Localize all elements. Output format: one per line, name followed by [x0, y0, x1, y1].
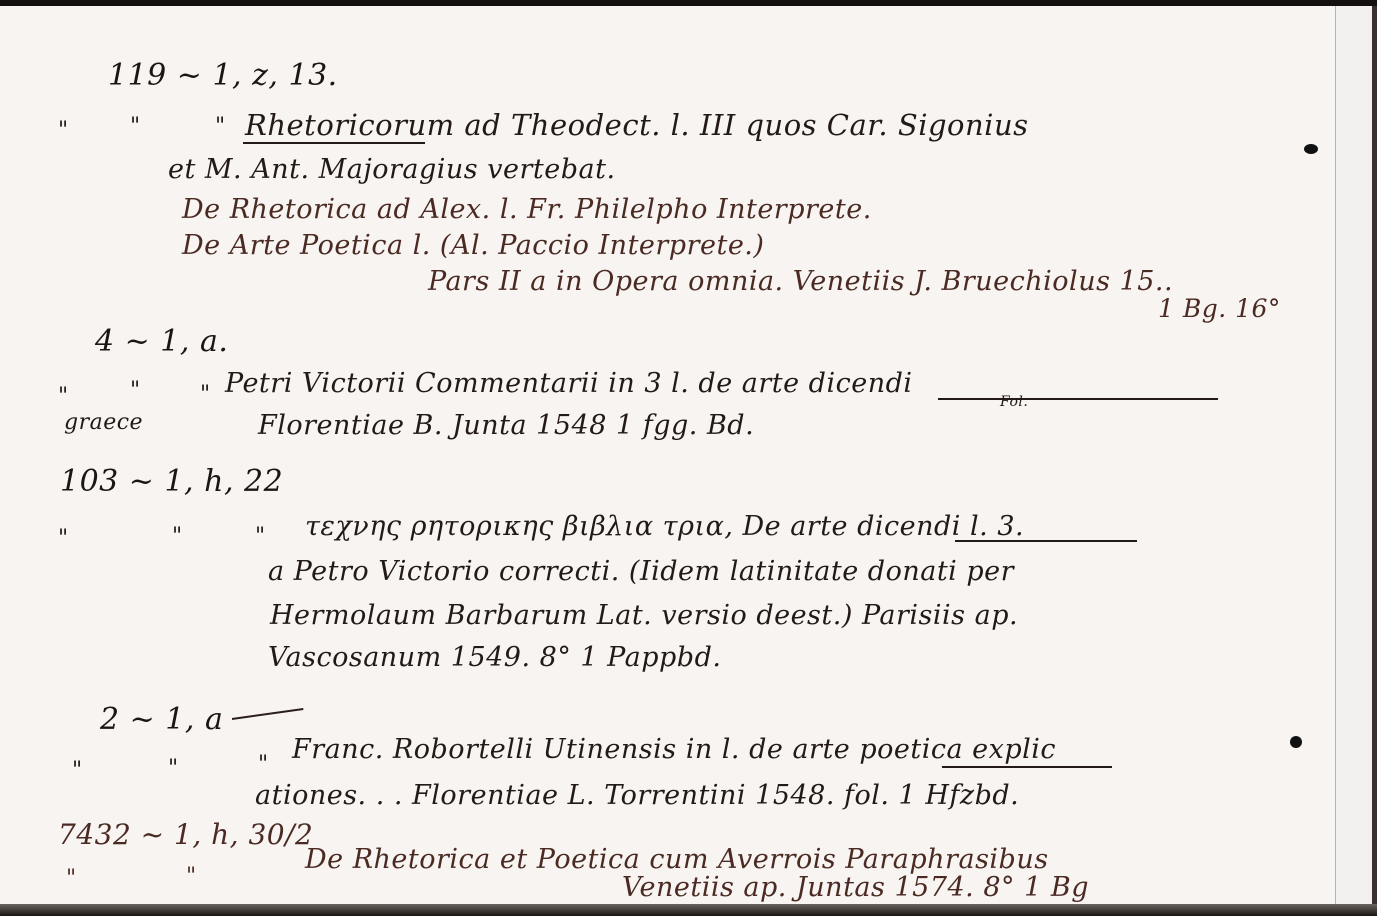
manuscript-page: 119 ~ 1, z, 13. " " " Rhetoricorum ad Th… — [0, 6, 1377, 906]
ditto-mark: " — [186, 864, 197, 889]
shelfmark-5: 7432 ~ 1, h, 30/2 — [58, 818, 313, 851]
ditto-mark: " — [200, 382, 211, 407]
entry-1-line-1: Rhetoricorum ad Theodect. l. III quos Ca… — [245, 108, 1029, 142]
interlinear-fol: Fol. — [1000, 394, 1028, 410]
shelfmark-2: 4 ~ 1, a. — [95, 324, 228, 359]
entry-3-line-3: Hermolaum Barbarum Lat. versio deest.) P… — [270, 600, 1018, 631]
ditto-mark: " — [58, 118, 69, 143]
right-margin-strip — [1336, 6, 1372, 906]
entry-5-line-2: Venetiis ap. Juntas 1574. 8° 1 Bg — [622, 872, 1089, 903]
entry-5-line-1: De Rhetorica et Poetica cum Averrois Par… — [305, 844, 1049, 875]
ditto-mark: " — [130, 378, 141, 403]
page-edge-shadow — [1372, 6, 1377, 906]
entry-4-line-1: Franc. Robortelli Utinensis in l. de art… — [292, 734, 1056, 765]
ditto-mark: " — [72, 758, 83, 783]
ditto-mark: " — [255, 524, 266, 549]
ditto-mark: " — [258, 752, 269, 777]
entry-2-line-1: Petri Victorii Commentarii in 3 l. de ar… — [225, 368, 913, 399]
underline-de-arte-poetica — [942, 766, 1112, 768]
ink-blot — [1304, 144, 1318, 154]
entry-3-line-2: a Petro Victorio correcti. (Iidem latini… — [268, 556, 1014, 587]
ditto-mark: " — [172, 524, 183, 549]
ink-blot — [1290, 736, 1302, 748]
shelfmark-1: 119 ~ 1, z, 13. — [108, 58, 338, 93]
underline-rhetoricorum — [243, 142, 425, 144]
scan-bottom-border — [0, 904, 1377, 916]
margin-note-graece: graece — [64, 410, 143, 435]
ditto-mark: " — [58, 384, 69, 409]
entry-1-line-6: 1 Bg. 16° — [1158, 294, 1281, 323]
underline-de-arte-dicendi — [955, 540, 1137, 542]
entry-4-line-2: ationes. . . Florentiae L. Torrentini 15… — [255, 780, 1019, 811]
ditto-mark: " — [130, 114, 141, 139]
shelfmark-flourish — [232, 708, 304, 720]
entry-1-line-2: et M. Ant. Majoragius vertebat. — [168, 154, 616, 185]
ditto-mark: " — [58, 526, 69, 551]
entry-1-line-5: Pars II a in Opera omnia. Venetiis J. Br… — [428, 266, 1173, 297]
shelfmark-3: 103 ~ 1, h, 22 — [60, 464, 283, 499]
entry-2-line-2: Florentiae B. Junta 1548 1 fgg. Bd. — [258, 410, 754, 441]
ditto-mark: " — [215, 114, 226, 139]
entry-3-line-4: Vascosanum 1549. 8° 1 Pappbd. — [268, 642, 721, 673]
shelfmark-4: 2 ~ 1, a — [100, 702, 223, 737]
entry-1-line-3: De Rhetorica ad Alex. l. Fr. Philelpho I… — [182, 194, 872, 225]
entry-3-line-1-greek: τεχνης ρητορικης βιβλια τρια, De arte di… — [305, 511, 1024, 542]
ditto-mark: " — [168, 756, 179, 781]
ditto-mark: " — [66, 866, 77, 891]
underline-de-arte-dicendi — [938, 398, 1218, 400]
entry-1-line-4: De Arte Poetica l. (Al. Paccio Interpret… — [182, 230, 764, 261]
